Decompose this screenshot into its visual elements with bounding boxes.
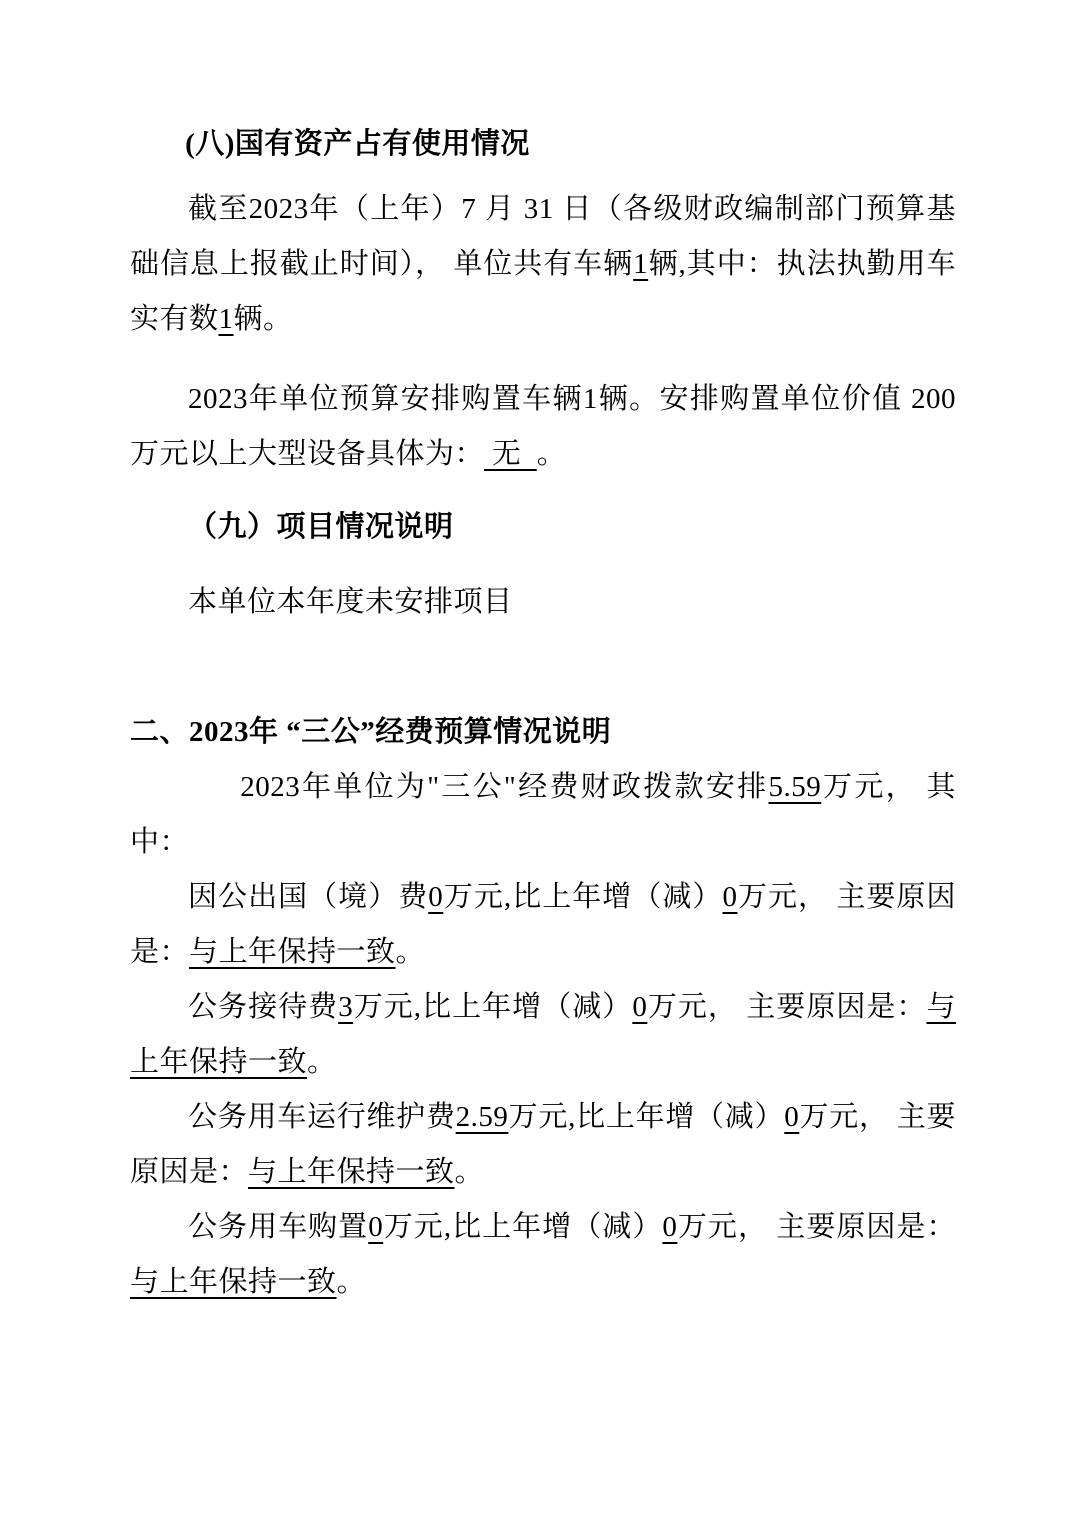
text-run: 万元， 主要原因是： <box>647 991 926 1023</box>
text-run: 万元,比上年增（减） <box>443 881 722 913</box>
underlined-value: 与上年保持一致 <box>130 1266 337 1298</box>
section-9-heading: （九）项目情况说明 <box>130 500 956 555</box>
underlined-value: 0 <box>428 881 443 913</box>
text-run: 二、2023年 “三公”经费预算情况说明 <box>130 716 611 748</box>
underlined-value: 与上年保持一致 <box>189 936 396 968</box>
vehicle-purchase-fee-paragraph: 公务用车购置0万元,比上年增（减）0万元， 主要原因是：与上年保持一致。 <box>130 1200 956 1310</box>
vehicle-purchase-paragraph: 2023年单位预算安排购置车辆1辆。安排购置单位价值 200万元以上大型设备具体… <box>130 372 956 482</box>
text-run: 。 <box>337 1266 367 1298</box>
underlined-value: 2.59 <box>456 1101 509 1133</box>
section-8-heading: (八)国有资产占有使用情况 <box>130 117 956 172</box>
document-body: (八)国有资产占有使用情况截至2023年（上年）7 月 31 日（各级财政编制部… <box>130 117 956 1310</box>
text-run: ： <box>926 1211 956 1243</box>
text-run: 万元， 主要原因是 <box>677 1211 926 1243</box>
underlined-value: 与上年保持一致 <box>248 1156 455 1188</box>
text-run: （九）项目情况说明 <box>188 511 454 543</box>
text-run: 公务用车购置 <box>188 1211 368 1243</box>
text-run: 辆。 <box>234 303 293 335</box>
text-run: 公务接待费 <box>188 991 338 1023</box>
underlined-value: 1 <box>219 303 234 335</box>
text-run: (八)国有资产占有使用情况 <box>185 128 530 160</box>
overseas-travel-paragraph: 因公出国（境）费0万元,比上年增（减）0万元， 主要原因是：与上年保持一致。 <box>130 870 956 980</box>
document-page: (八)国有资产占有使用情况截至2023年（上年）7 月 31 日（各级财政编制部… <box>0 0 1074 1520</box>
vehicle-maintenance-paragraph: 公务用车运行维护费2.59万元,比上年增（减）0万元， 主要原因是：与上年保持一… <box>130 1090 956 1200</box>
underlined-value: 0 <box>632 991 647 1023</box>
official-reception-paragraph: 公务接待费3万元,比上年增（减）0万元， 主要原因是：与上年保持一致。 <box>130 980 956 1090</box>
underlined-value: 无 <box>484 438 537 470</box>
underlined-value: 0 <box>368 1211 383 1243</box>
text-run: 万元,比上年增（减） <box>353 991 632 1023</box>
underlined-value: 1 <box>633 248 648 280</box>
text-run: 公务用车运行维护费 <box>188 1101 456 1133</box>
text-run: 本单位本年度未安排项目 <box>188 586 513 618</box>
underlined-value: 0 <box>662 1211 677 1243</box>
text-run: 。 <box>537 438 567 470</box>
text-run: 。 <box>455 1156 485 1188</box>
underlined-value: 0 <box>784 1101 799 1133</box>
section-2-heading: 二、2023年 “三公”经费预算情况说明 <box>130 705 956 760</box>
three-public-total-paragraph: 2023年单位为"三公"经费财政拨款安排5.59万元， 其中： <box>130 760 956 870</box>
text-run: 因公出国（境）费 <box>188 881 428 913</box>
text-run: 2023年单位为"三公"经费财政拨款安排 <box>240 771 768 803</box>
underlined-value: 5.59 <box>768 771 821 803</box>
project-status-paragraph: 本单位本年度未安排项目 <box>130 575 956 630</box>
underlined-value: 0 <box>722 881 737 913</box>
text-run: 万元,比上年增（减） <box>383 1211 662 1243</box>
text-run: 。 <box>307 1046 337 1078</box>
state-assets-paragraph: 截至2023年（上年）7 月 31 日（各级财政编制部门预算基础信息上报截止时间… <box>130 182 956 347</box>
text-run: 万元， 主 <box>799 1101 926 1133</box>
text-run: 万元,比上年增（减） <box>508 1101 784 1133</box>
underlined-value: 3 <box>338 991 353 1023</box>
text-run: 。 <box>396 936 426 968</box>
